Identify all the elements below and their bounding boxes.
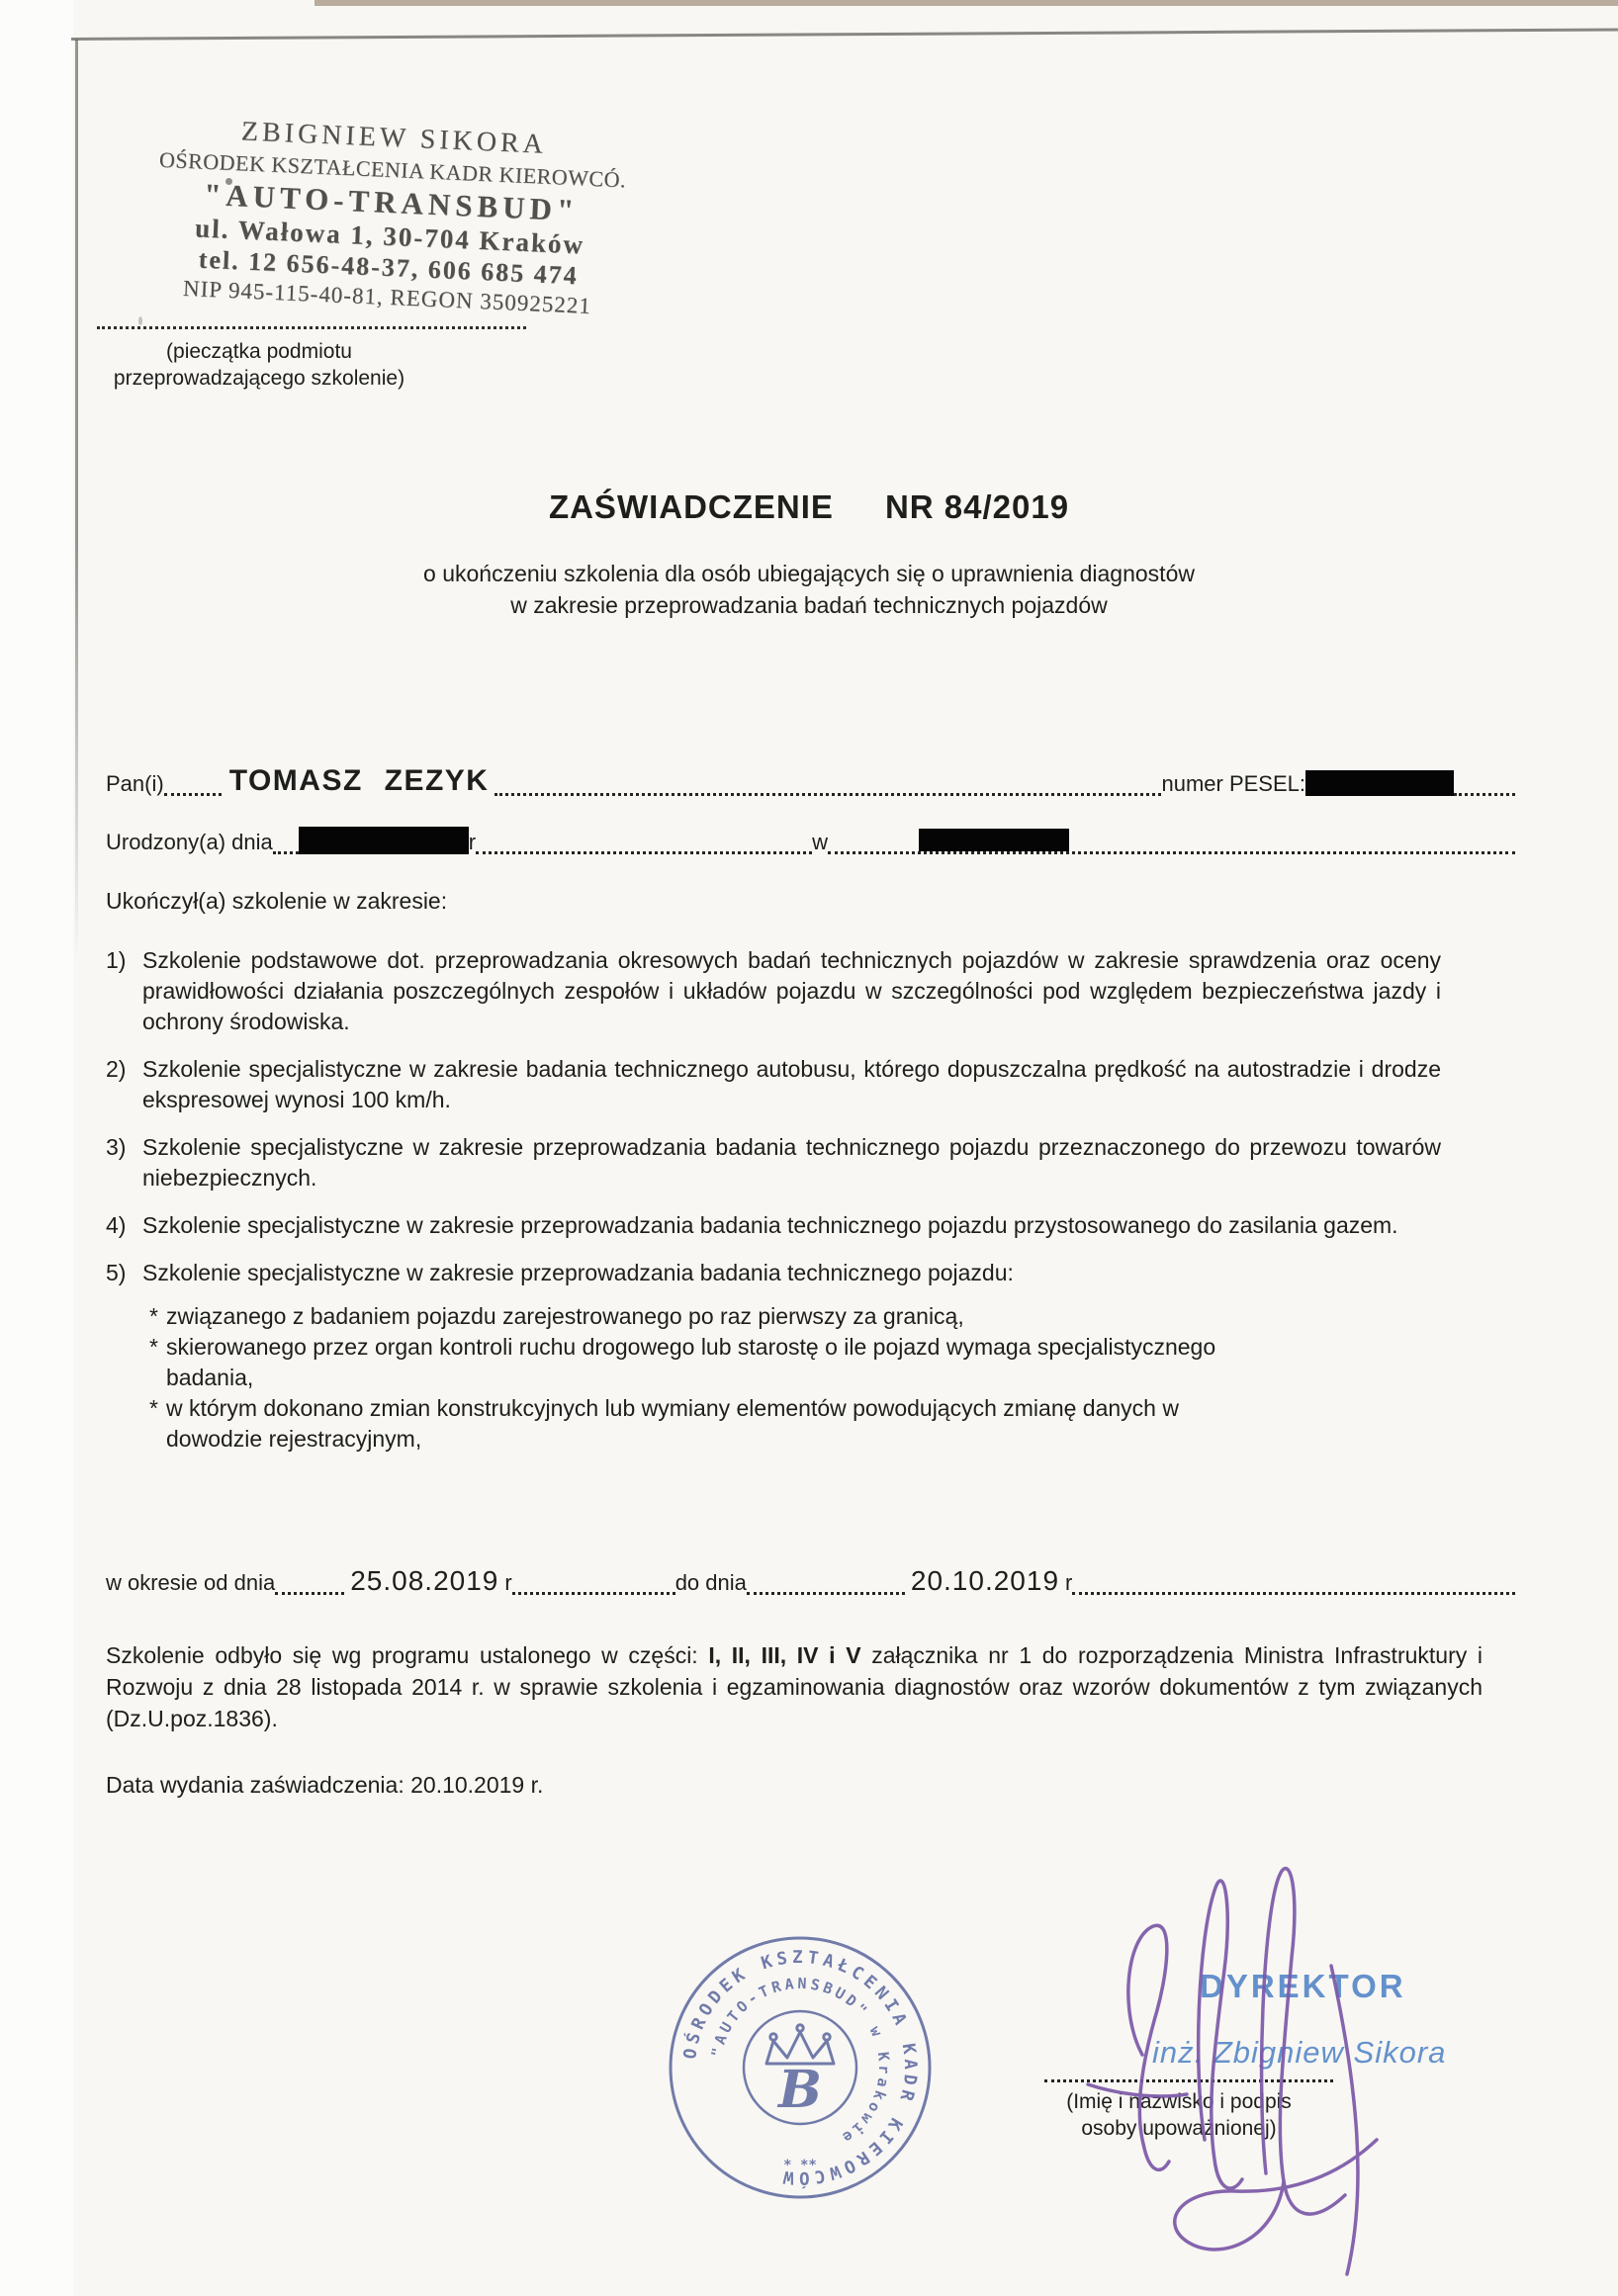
birth-row: Urodzony(a) dnia r w	[106, 827, 1515, 854]
sub-item-list: * związanego z badaniem pojazdu zarejest…	[106, 1301, 1263, 1455]
stamp-caption-line2: przeprowadzającego szkolenie)	[89, 365, 429, 392]
item-text: Szkolenie specjalistyczne w zakresie bad…	[142, 1054, 1441, 1115]
sub-item-text: skierowanego przez organ kontroli ruchu …	[166, 1332, 1263, 1393]
program-parts-bold: I, II, III, IV i V	[708, 1642, 860, 1668]
asterisk-marker: *	[149, 1332, 166, 1393]
dotted-leader	[273, 846, 299, 854]
redaction-bar-birthdate	[299, 827, 469, 854]
item-text: Szkolenie specjalistyczne w zakresie prz…	[142, 1132, 1441, 1193]
round-stamp: OŚRODEK KSZTAŁCENIA KADR KIEROWCÓW "AUTO…	[652, 1919, 948, 2216]
person-name: TOMASZ ZEZYK	[222, 766, 495, 796]
period-row: w okresie od dnia 25.08.2019 r do dnia 2…	[106, 1567, 1515, 1595]
sub-item: * w którym dokonano zmian konstrukcyjnyc…	[149, 1393, 1263, 1455]
item-number: 4)	[106, 1210, 142, 1241]
issue-date: Data wydania zaświadczenia: 20.10.2019 r…	[106, 1772, 543, 1799]
dotted-leader	[494, 788, 1161, 796]
list-item: 5) Szkolenie specjalistyczne w zakresie …	[106, 1258, 1441, 1288]
item-number: 1)	[106, 945, 142, 1037]
list-item: 3) Szkolenie specjalistyczne w zakresie …	[106, 1132, 1441, 1193]
program-paragraph: Szkolenie odbyło się wg programu ustalon…	[106, 1639, 1483, 1734]
scanned-certificate-page: ZBIGNIEW SIKORA OŚRODEK KSZTAŁCENIA KADR…	[0, 0, 1618, 2296]
document-title-row: ZAŚWIADCZENIE NR 84/2019	[0, 488, 1618, 526]
period-date-from: 25.08.2019	[344, 1567, 504, 1595]
person-row: Pan(i) TOMASZ ZEZYK numer PESEL:	[106, 766, 1515, 796]
item-text: Szkolenie specjalistyczne w zakresie prz…	[142, 1210, 1441, 1241]
dotted-leader	[476, 846, 812, 854]
label-r: r	[504, 1570, 511, 1595]
label-period-from: w okresie od dnia	[106, 1570, 275, 1595]
subtitle-line1: o ukończeniu szkolenia dla osób ubiegają…	[0, 558, 1618, 589]
dotted-leader	[512, 1587, 675, 1595]
label-r: r	[469, 830, 476, 854]
document-subtitle: o ukończeniu szkolenia dla osób ubiegają…	[0, 558, 1618, 621]
sub-item-text: związanego z badaniem pojazdu zarejestro…	[166, 1301, 1263, 1332]
round-stamp-monogram: B	[776, 2060, 822, 2120]
item-number: 2)	[106, 1054, 142, 1115]
label-pan: Pan(i)	[106, 771, 164, 796]
sub-item-text: w którym dokonano zmian konstrukcyjnych …	[166, 1393, 1263, 1455]
sub-item: * związanego z badaniem pojazdu zarejest…	[149, 1301, 1263, 1332]
dotted-leader	[1454, 788, 1515, 796]
item-text: Szkolenie podstawowe dot. przeprowadzani…	[142, 945, 1441, 1037]
round-stamp-stars: * **	[783, 2158, 817, 2173]
label-r: r	[1065, 1570, 1072, 1595]
scan-left-margin	[0, 0, 73, 2296]
item-text: Szkolenie specjalistyczne w zakresie prz…	[142, 1258, 1441, 1288]
label-pesel: numer PESEL:	[1161, 771, 1305, 796]
dotted-leader	[828, 846, 1515, 854]
crown-icon	[766, 2025, 834, 2064]
dotted-leader	[1072, 1587, 1515, 1595]
scan-speck	[138, 316, 142, 325]
label-born: Urodzony(a) dnia	[106, 830, 273, 854]
scan-top-edge	[315, 0, 1618, 6]
item-number: 3)	[106, 1132, 142, 1193]
document-number: NR 84/2019	[885, 488, 1069, 526]
dotted-line	[97, 326, 526, 329]
dotted-leader	[747, 1587, 905, 1595]
redaction-bar-birthplace	[919, 829, 1069, 851]
asterisk-marker: *	[149, 1393, 166, 1455]
training-scope-list: 1) Szkolenie podstawowe dot. przeprowadz…	[106, 945, 1441, 1455]
label-w: w	[812, 830, 828, 854]
item-number: 5)	[106, 1258, 142, 1288]
scan-top-shadow-line	[71, 28, 1618, 41]
provider-stamp: ZBIGNIEW SIKORA OŚRODEK KSZTAŁCENIA KADR…	[100, 110, 681, 322]
list-item: 1) Szkolenie podstawowe dot. przeprowadz…	[106, 945, 1441, 1037]
label-period-to: do dnia	[675, 1570, 747, 1595]
program-part1: Szkolenie odbyło się wg programu ustalon…	[106, 1642, 708, 1668]
stamp-caption: (pieczątka podmiotu przeprowadzającego s…	[89, 338, 429, 392]
signature-zone	[1029, 1847, 1414, 2292]
dotted-leader	[164, 788, 222, 796]
sub-item: * skierowanego przez organ kontroli ruch…	[149, 1332, 1263, 1393]
asterisk-marker: *	[149, 1301, 166, 1332]
redaction-bar-pesel	[1305, 770, 1454, 796]
document-title: ZAŚWIADCZENIE	[549, 488, 834, 526]
period-date-to: 20.10.2019	[905, 1567, 1065, 1595]
scope-intro: Ukończył(a) szkolenie w zakresie:	[106, 888, 447, 915]
dotted-leader	[275, 1587, 344, 1595]
stamp-caption-line1: (pieczątka podmiotu	[89, 338, 429, 365]
list-item: 4) Szkolenie specjalistyczne w zakresie …	[106, 1210, 1441, 1241]
subtitle-line2: w zakresie przeprowadzania badań technic…	[0, 589, 1618, 621]
handwritten-signature	[1029, 1847, 1414, 2292]
list-item: 2) Szkolenie specjalistyczne w zakresie …	[106, 1054, 1441, 1115]
